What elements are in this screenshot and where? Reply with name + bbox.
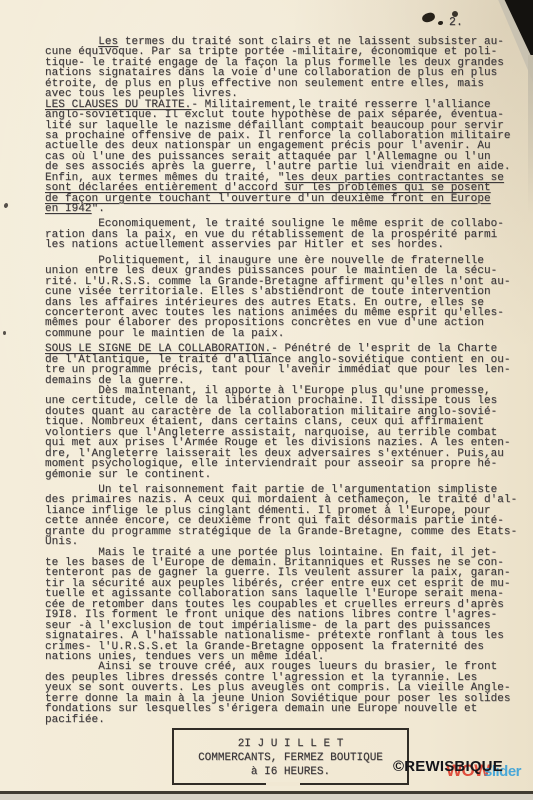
text-line: fondations sur lesquelles s'érigera dema… [45,704,515,714]
paper-speck [3,202,8,208]
ink-blot [421,12,436,24]
ink-blot [452,11,458,17]
ink-blot [438,21,443,25]
paragraph: Politiquement, il inaugure une ère nouve… [45,256,515,340]
text-segment: gémonie sur le continent. [45,469,211,481]
watermark: WOW slider ©REWISBIQUE [393,755,533,785]
text-segment: ". [92,203,105,215]
document-text: Les termes du traité sont clairs et ne l… [45,37,515,725]
paragraph: Economiquement, le traité souligne le mê… [45,219,515,250]
text-segment: pacifiée. [45,714,105,726]
notice-box: 2I J U I L L E T COMMERCANTS, FERMEZ BOU… [172,728,409,785]
paper-speck [3,331,6,335]
scan-background [0,794,533,800]
text-segment: fondations sur lesquelles s'érigera dema… [45,703,477,715]
page-number: 2. [449,16,463,29]
paragraph: Mais le traité a une portée plus lointai… [45,548,515,663]
text-line: gémonie sur le continent. [45,470,515,480]
text-line: pacifiée. [45,715,515,725]
watermark-overlay: ©REWISBIQUE [393,758,503,775]
paragraph: LES CLAUSES DU TRAITE.- Militairement,le… [45,100,515,215]
text-line: les nations actuellement asservies par H… [45,240,515,250]
notice-line-time: à I6 HEURES. [174,765,407,779]
underlined-text: de façon urgente touchant l'ouverture d'… [45,193,491,205]
paragraph: SOUS LE SIGNE DE LA COLLABORATION.- Péné… [45,344,515,386]
paragraph: Un tel raisonnement fait partie de l'arg… [45,485,515,548]
text-line: grante du programme stratégique de la Gr… [45,527,515,537]
paragraph: Dès maintenant, il apporte à l'Europe pl… [45,386,515,480]
text-segment: commune pour le maintien de la paix. [45,328,284,340]
page-right-edge [528,55,533,215]
paragraph: Les termes du traité sont clairs et ne l… [45,37,515,100]
scanned-page: 2. Les termes du traité sont clairs et n… [0,0,533,793]
text-segment: les nations actuellement asservies par H… [45,239,444,251]
text-line: commune pour le maintien de la paix. [45,329,515,339]
notice-line-message: COMMERCANTS, FERMEZ BOUTIQUE [174,751,407,765]
underlined-text: en I942 [45,203,92,215]
text-line: de façon urgente touchant l'ouverture d'… [45,194,515,204]
notice-line-date: 2I J U I L L E T [174,737,407,751]
text-line: en I942". [45,204,515,214]
text-segment: grante du programme stratégique de la Gr… [45,526,517,538]
paragraph: Ainsi se trouve créé, aux rouges lueurs … [45,662,515,725]
